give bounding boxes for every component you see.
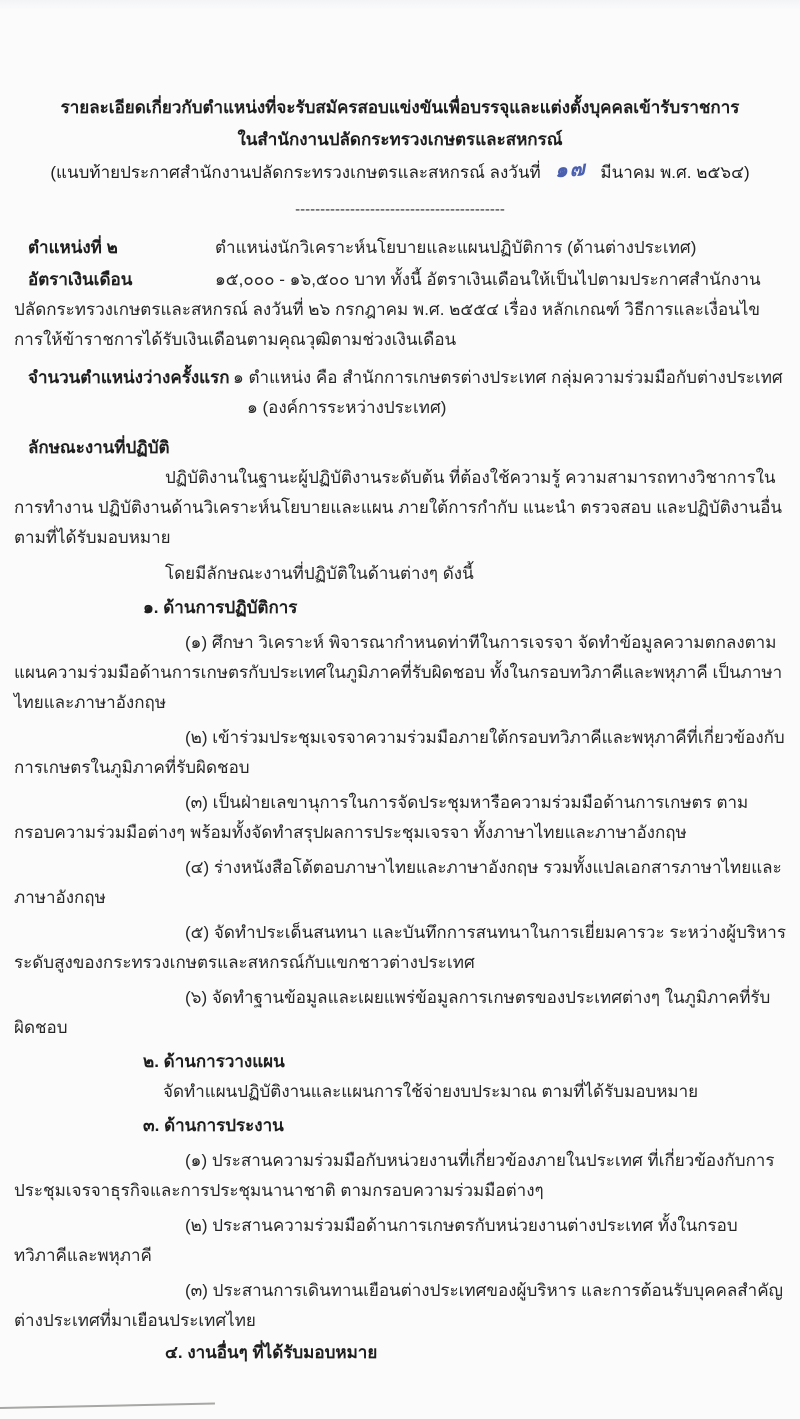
field-label-position: ตำแหน่งที่ ๒ <box>28 233 215 263</box>
dashed-separator: ----------------------------------------… <box>14 197 786 223</box>
duty-item: (๕) จัดทำประเด็นสนทนา และบันทึกการสนทนาใ… <box>14 918 786 978</box>
doc-title-line1: รายละเอียดเกี่ยวกับตำแหน่งที่จะรับสมัครส… <box>14 92 786 124</box>
field-row-vacancies: จำนวนตำแหน่งว่างครั้งแรก๑ ตำแหน่ง คือ สำ… <box>14 363 786 423</box>
field-label-salary: อัตราเงินเดือน <box>28 265 215 295</box>
field-value-position: ตำแหน่งนักวิเคราะห์นโยบายและแผนปฏิบัติกา… <box>215 238 696 257</box>
section-heading-2: ๒. ด้านการวางแผน <box>143 1047 786 1077</box>
scan-artifact-line <box>0 1402 215 1409</box>
document-title: รายละเอียดเกี่ยวกับตำแหน่งที่จะรับสมัครส… <box>14 92 786 189</box>
field-value-vacancies: ๑ ตำแหน่ง คือ สำนักการเกษตรต่างประเทศ กล… <box>233 368 783 417</box>
handwritten-date: ๑๗ <box>553 153 587 187</box>
duties-intro: ปฏิบัติงานในฐานะผู้ปฏิบัติงานระดับต้น ที… <box>14 463 786 553</box>
note-suffix: มีนาคม พ.ศ. ๒๕๖๔) <box>600 163 749 182</box>
duty-item: (๑) ศึกษา วิเคราะห์ พิจารณากำหนดท่าทีในก… <box>14 628 786 718</box>
section-heading-3: ๓. ด้านการประงาน <box>143 1111 786 1141</box>
section-heading-1: ๑. ด้านการปฏิบัติการ <box>143 593 786 623</box>
duties-lead: โดยมีลักษณะงานที่ปฏิบัติในด้านต่างๆ ดังน… <box>14 559 786 589</box>
duties-heading: ลักษณะงานที่ปฏิบัติ <box>28 433 786 463</box>
field-label-vacancies: จำนวนตำแหน่งว่างครั้งแรก <box>28 363 233 393</box>
field-row-salary: อัตราเงินเดือน๑๕,๐๐๐ - ๑๖,๕๐๐ บาท ทั้งนี… <box>14 265 786 355</box>
doc-title-line2: ในสำนักงานปลัดกระทรวงเกษตรและสหกรณ์ <box>14 124 786 156</box>
field-row-position: ตำแหน่งที่ ๒ตำแหน่งนักวิเคราะห์นโยบายและ… <box>14 233 786 263</box>
duty-item: (๔) ร่างหนังสือโต้ตอบภาษาไทยและภาษาอังกฤ… <box>14 853 786 913</box>
duty-item: (๒) เข้าร่วมประชุมเจรจาความร่วมมือภายใต้… <box>14 723 786 783</box>
duty-item: (๖) จัดทำฐานข้อมูลและเผยแพร่ข้อมูลการเกษ… <box>14 983 786 1043</box>
note-prefix: (แนบท้ายประกาศสำนักงานปลัดกระทรวงเกษตรแล… <box>50 163 540 182</box>
section-heading-4: ๔. งานอื่นๆ ที่ได้รับมอบหมาย <box>165 1338 786 1368</box>
duty-item: (๒) ประสานความร่วมมือด้านการเกษตรกับหน่ว… <box>14 1211 786 1271</box>
section-2-body: จัดทำแผนปฏิบัติงานและแผนการใช้จ่ายงบประม… <box>163 1077 786 1107</box>
duty-item: (๑) ประสานความร่วมมือกับหน่วยงานที่เกี่ย… <box>14 1146 786 1206</box>
document-page: รายละเอียดเกี่ยวกับตำแหน่งที่จะรับสมัครส… <box>0 0 800 1419</box>
duty-item: (๓) ประสานการเดินทานเยือนต่างประเทศของผู… <box>14 1276 786 1336</box>
duty-item: (๓) เป็นฝ่ายเลขานุการในการจัดประชุมหารือ… <box>14 788 786 848</box>
doc-subtitle-note: (แนบท้ายประกาศสำนักงานปลัดกระทรวงเกษตรแล… <box>14 156 786 189</box>
